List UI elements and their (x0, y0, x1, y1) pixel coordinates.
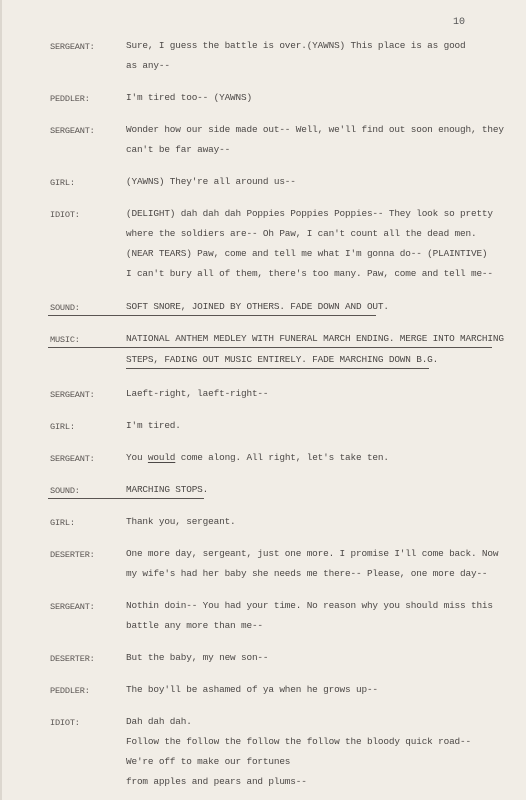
speaker-label: PEDDLER: (50, 94, 90, 104)
dialogue-line: (DELIGHT) dah dah dah Poppies Poppies Po… (126, 208, 493, 219)
dialogue-line: I'm tired. (126, 420, 181, 431)
dialogue-line: Laeft-right, laeft-right-- (126, 388, 268, 399)
dialogue-line: Wonder how our side made out-- Well, we'… (126, 124, 504, 135)
speaker-label: IDIOT: (50, 718, 80, 728)
cue-label: SOUND: (50, 303, 80, 313)
underline-rule (126, 368, 429, 369)
cue-text: MARCHING STOPS. (126, 484, 208, 495)
speaker-label: DESERTER: (50, 654, 95, 664)
cue-label: MUSIC: (50, 335, 80, 345)
speaker-label: GIRL: (50, 422, 75, 432)
dialogue-line: Follow the follow the follow the follow … (126, 736, 471, 747)
cue-text: STEPS, FADING OUT MUSIC ENTIRELY. FADE M… (126, 354, 438, 365)
dialogue-line: I can't bury all of them, there's too ma… (126, 268, 493, 279)
dialogue-line: We're off to make our fortunes (126, 756, 290, 767)
cue-text: NATIONAL ANTHEM MEDLEY WITH FUNERAL MARC… (126, 333, 504, 344)
dialogue-line: can't be far away-- (126, 144, 230, 155)
speaker-label: SERGEANT: (50, 602, 95, 612)
speaker-label: DESERTER: (50, 550, 95, 560)
dialogue-line: Dah dah dah. (126, 716, 192, 727)
dialogue-line: my wife's had her baby she needs me ther… (126, 568, 487, 579)
line-text: You (126, 452, 148, 463)
script-page: 10 SERGEANT: Sure, I guess the battle is… (0, 0, 526, 800)
dialogue-line: Sure, I guess the battle is over.(YAWNS)… (126, 40, 466, 51)
speaker-label: SERGEANT: (50, 42, 95, 52)
speaker-label: IDIOT: (50, 210, 80, 220)
emphasized-word: would (148, 452, 175, 463)
underline-rule (48, 498, 204, 499)
dialogue-line: Nothin doin-- You had your time. No reas… (126, 600, 493, 611)
dialogue-line: I'm tired too-- (YAWNS) (126, 92, 252, 103)
dialogue-line: You would come along. All right, let's t… (126, 452, 389, 463)
speaker-label: SERGEANT: (50, 126, 95, 136)
speaker-label: SERGEANT: (50, 454, 95, 464)
dialogue-line: from apples and pears and plums-- (126, 776, 307, 787)
line-text: come along. All right, let's take ten. (175, 452, 389, 463)
dialogue-line: The boy'll be ashamed of ya when he grow… (126, 684, 378, 695)
cue-text: SOFT SNORE, JOINED BY OTHERS. FADE DOWN … (126, 301, 389, 312)
speaker-label: GIRL: (50, 178, 75, 188)
dialogue-line: (YAWNS) They're all around us-- (126, 176, 296, 187)
dialogue-line: as any-- (126, 60, 170, 71)
speaker-label: GIRL: (50, 518, 75, 528)
dialogue-line: battle any more than me-- (126, 620, 263, 631)
dialogue-line: Thank you, sergeant. (126, 516, 236, 527)
speaker-label: SERGEANT: (50, 390, 95, 400)
dialogue-line: where the soldiers are-- Oh Paw, I can't… (126, 228, 476, 239)
underline-rule (48, 347, 492, 348)
page-number: 10 (453, 17, 465, 28)
dialogue-line: (NEAR TEARS) Paw, come and tell me what … (126, 248, 487, 259)
dialogue-line: But the baby, my new son-- (126, 652, 268, 663)
dialogue-line: One more day, sergeant, just one more. I… (126, 548, 498, 559)
speaker-label: PEDDLER: (50, 686, 90, 696)
underline-rule (48, 315, 376, 316)
cue-label: SOUND: (50, 486, 80, 496)
